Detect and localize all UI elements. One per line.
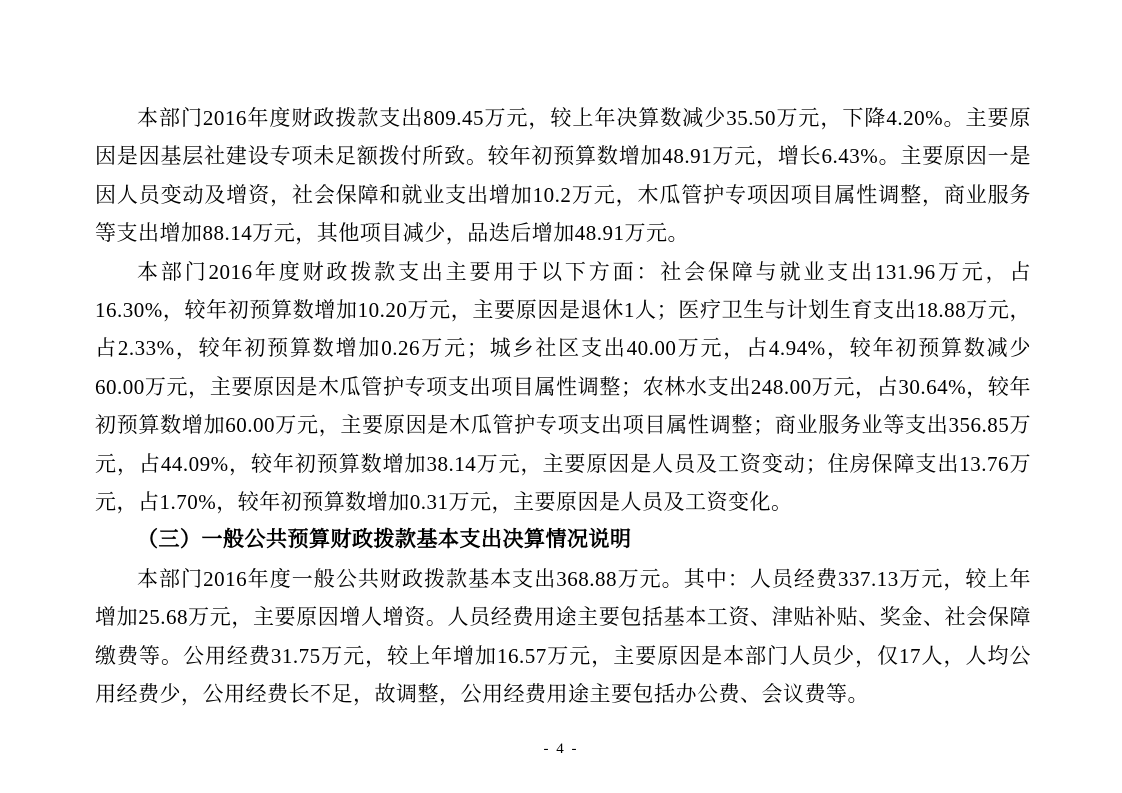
section-heading-basic-expenditure-statement: （三）一般公共预算财政拨款基本支出决算情况说明 xyxy=(95,521,1031,559)
text-block: 本部门2016年度财政拨款支出809.45万元，较上年决算数减少35.50万元，… xyxy=(95,99,1031,714)
paragraph-basic-expenditure-detail: 本部门2016年度一般公共财政拨款基本支出368.88万元。其中：人员经费337… xyxy=(95,560,1031,714)
page-number: - 4 - xyxy=(0,738,1122,760)
paragraph-expenditure-breakdown: 本部门2016年度财政拨款支出主要用于以下方面：社会保障与就业支出131.96万… xyxy=(95,253,1031,522)
document-page: 本部门2016年度财政拨款支出809.45万元，较上年决算数减少35.50万元，… xyxy=(0,0,1122,793)
paragraph-fiscal-expenditure-overview: 本部门2016年度财政拨款支出809.45万元，较上年决算数减少35.50万元，… xyxy=(95,99,1031,253)
